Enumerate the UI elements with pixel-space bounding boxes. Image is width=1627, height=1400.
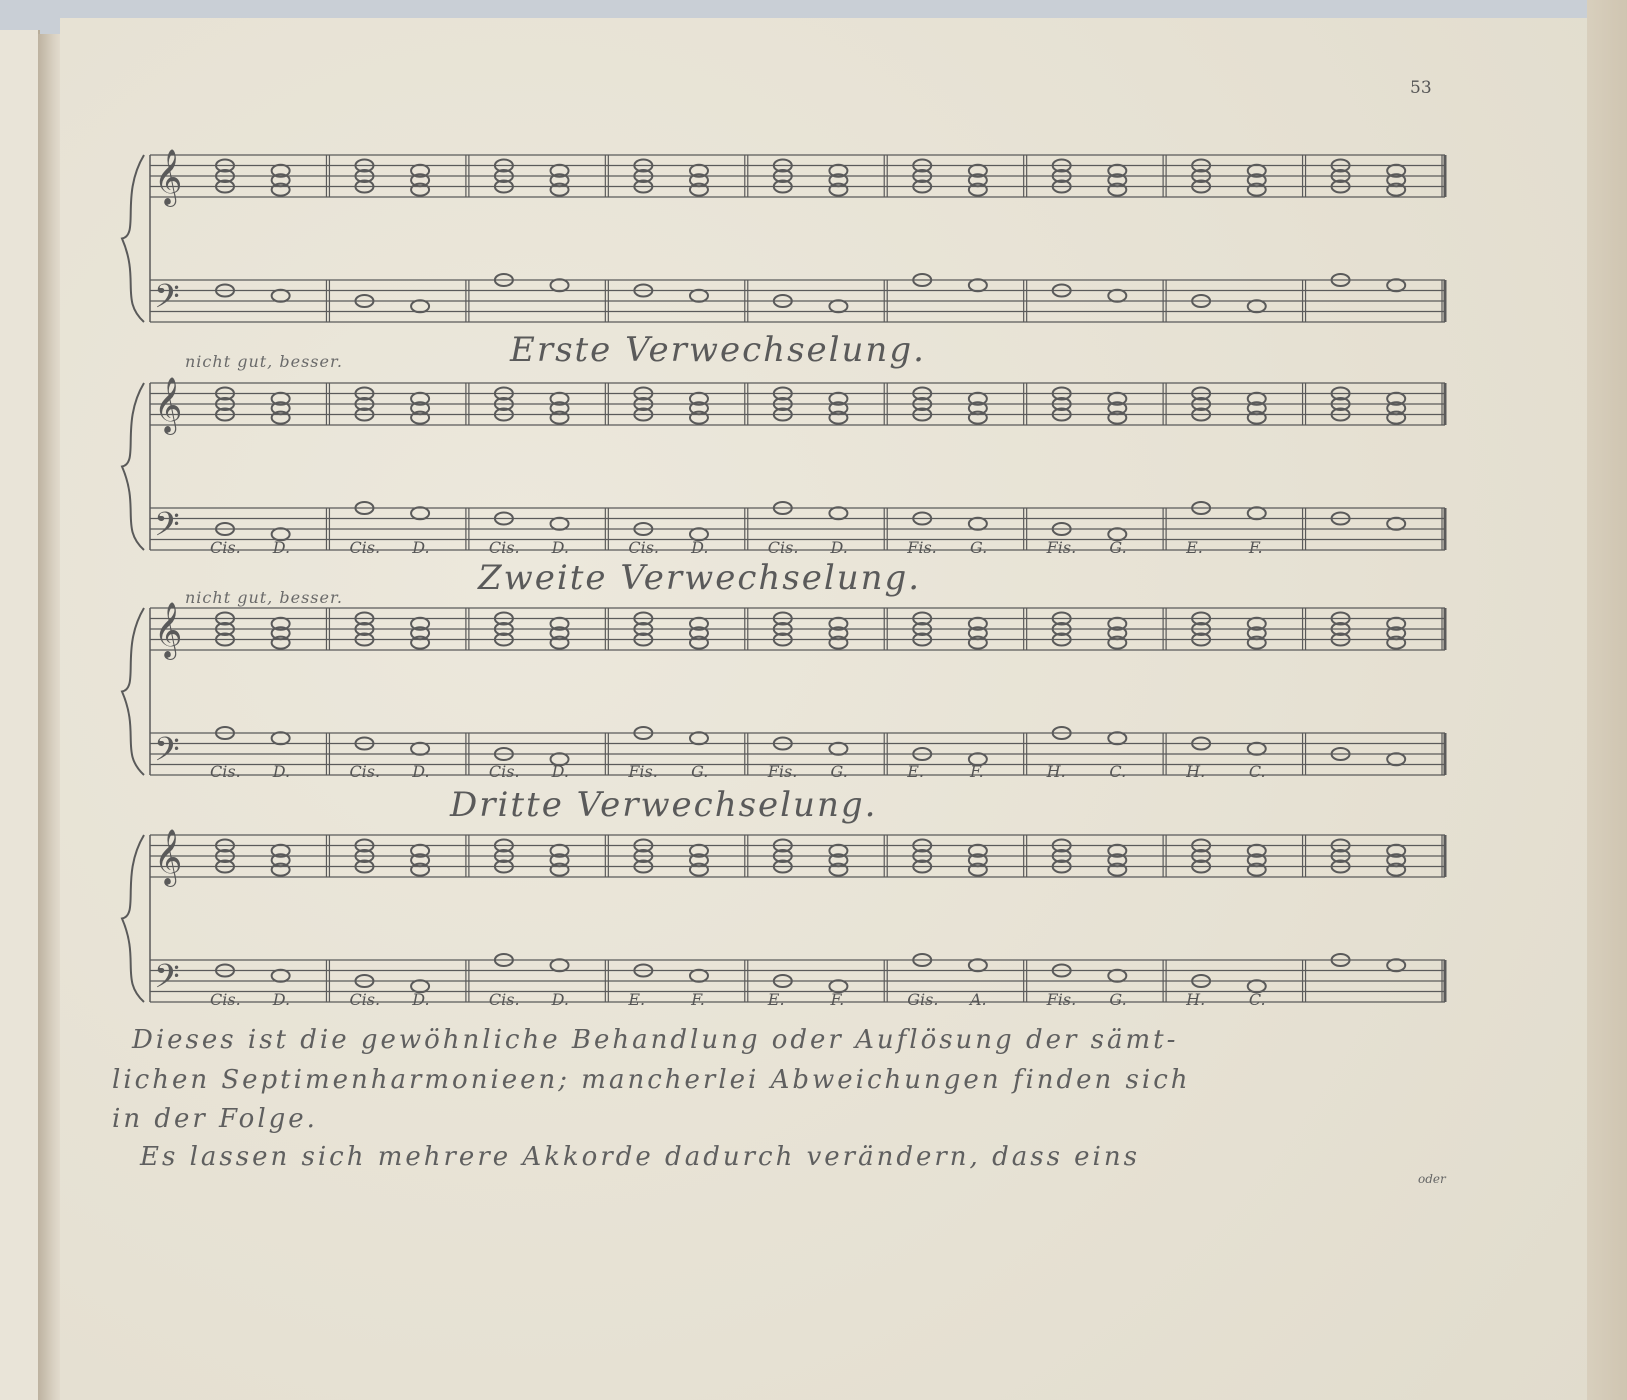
heading-erste-verwechselung: Erste Verwechselung.	[510, 330, 926, 370]
bass-note-label: G.	[1109, 538, 1126, 557]
heading-dritte-verwechselung: Dritte Verwechselung.	[450, 785, 877, 825]
bass-note-label: D.	[552, 538, 569, 557]
bass-note-label: H.	[1186, 762, 1205, 781]
bass-note-label: Fis.	[907, 538, 937, 557]
bass-note-label: D.	[412, 990, 429, 1009]
bass-note-label: A.	[970, 990, 987, 1009]
bass-note-label: Fis.	[768, 762, 798, 781]
bass-note-label: Cis.	[349, 990, 380, 1009]
bass-note-label: Cis.	[210, 990, 241, 1009]
bass-note-label: D.	[691, 538, 708, 557]
bass-note-label: D.	[273, 990, 290, 1009]
body-text-line-1: Dieses ist die gewöhnliche Behandlung od…	[132, 1025, 1178, 1055]
bass-note-label: Gis.	[907, 990, 938, 1009]
bass-note-label: Fis.	[1047, 990, 1077, 1009]
catchword: oder	[1418, 1172, 1446, 1186]
svg-text:𝄞: 𝄞	[154, 377, 182, 435]
bass-note-label: C.	[1249, 762, 1266, 781]
bass-note-label: G.	[691, 762, 708, 781]
svg-text:𝄢: 𝄢	[154, 958, 180, 1004]
bass-note-label: Cis.	[489, 990, 520, 1009]
bass-note-label: D.	[552, 990, 569, 1009]
bass-note-label: Fis.	[628, 762, 658, 781]
bass-note-label: D.	[273, 762, 290, 781]
svg-text:𝄢: 𝄢	[154, 506, 180, 552]
bass-note-label: Cis.	[210, 762, 241, 781]
bass-note-label: Cis.	[489, 762, 520, 781]
bass-note-label: F.	[1249, 538, 1263, 557]
bass-note-label: Cis.	[628, 538, 659, 557]
bass-note-label: H.	[1047, 762, 1066, 781]
body-text-line-4: Es lassen sich mehrere Akkorde dadurch v…	[140, 1142, 1140, 1172]
bass-note-label: C.	[1109, 762, 1126, 781]
bass-note-label: E.	[1186, 538, 1203, 557]
annotation-system-3: nicht gut, besser.	[185, 588, 343, 607]
bass-note-label: E.	[628, 990, 645, 1009]
heading-zweite-verwechselung: Zweite Verwechselung.	[478, 558, 921, 598]
svg-text:𝄞: 𝄞	[154, 602, 182, 660]
bass-note-label: Cis.	[349, 538, 380, 557]
bass-note-label: Cis.	[768, 538, 799, 557]
bass-note-label: H.	[1186, 990, 1205, 1009]
bass-note-label: C.	[1249, 990, 1266, 1009]
svg-text:𝄞: 𝄞	[154, 149, 182, 207]
bass-note-label: D.	[273, 538, 290, 557]
bass-note-label: G.	[970, 538, 987, 557]
bass-note-label: G.	[831, 762, 848, 781]
bass-note-label: F.	[970, 762, 984, 781]
svg-text:𝄞: 𝄞	[154, 829, 182, 887]
music-score: 𝄞𝄢𝄞𝄢𝄞𝄢𝄞𝄢	[0, 0, 1627, 1400]
bass-note-label: G.	[1109, 990, 1126, 1009]
bass-note-label: F.	[691, 990, 705, 1009]
bass-note-label: Cis.	[210, 538, 241, 557]
bass-note-label: D.	[831, 538, 848, 557]
body-text-line-2: lichen Septimenharmonieen; mancherlei Ab…	[112, 1065, 1191, 1095]
svg-text:𝄢: 𝄢	[154, 731, 180, 777]
bass-note-label: D.	[552, 762, 569, 781]
annotation-system-2: nicht gut, besser.	[185, 352, 343, 371]
bass-note-label: D.	[412, 762, 429, 781]
bass-note-label: E.	[907, 762, 924, 781]
bass-note-label: F.	[831, 990, 845, 1009]
body-text-line-3: in der Folge.	[112, 1104, 318, 1134]
bass-note-label: Cis.	[349, 762, 380, 781]
bass-note-label: D.	[412, 538, 429, 557]
bass-note-label: Cis.	[489, 538, 520, 557]
bass-note-label: E.	[768, 990, 785, 1009]
bass-note-label: Fis.	[1047, 538, 1077, 557]
svg-text:𝄢: 𝄢	[154, 278, 180, 324]
